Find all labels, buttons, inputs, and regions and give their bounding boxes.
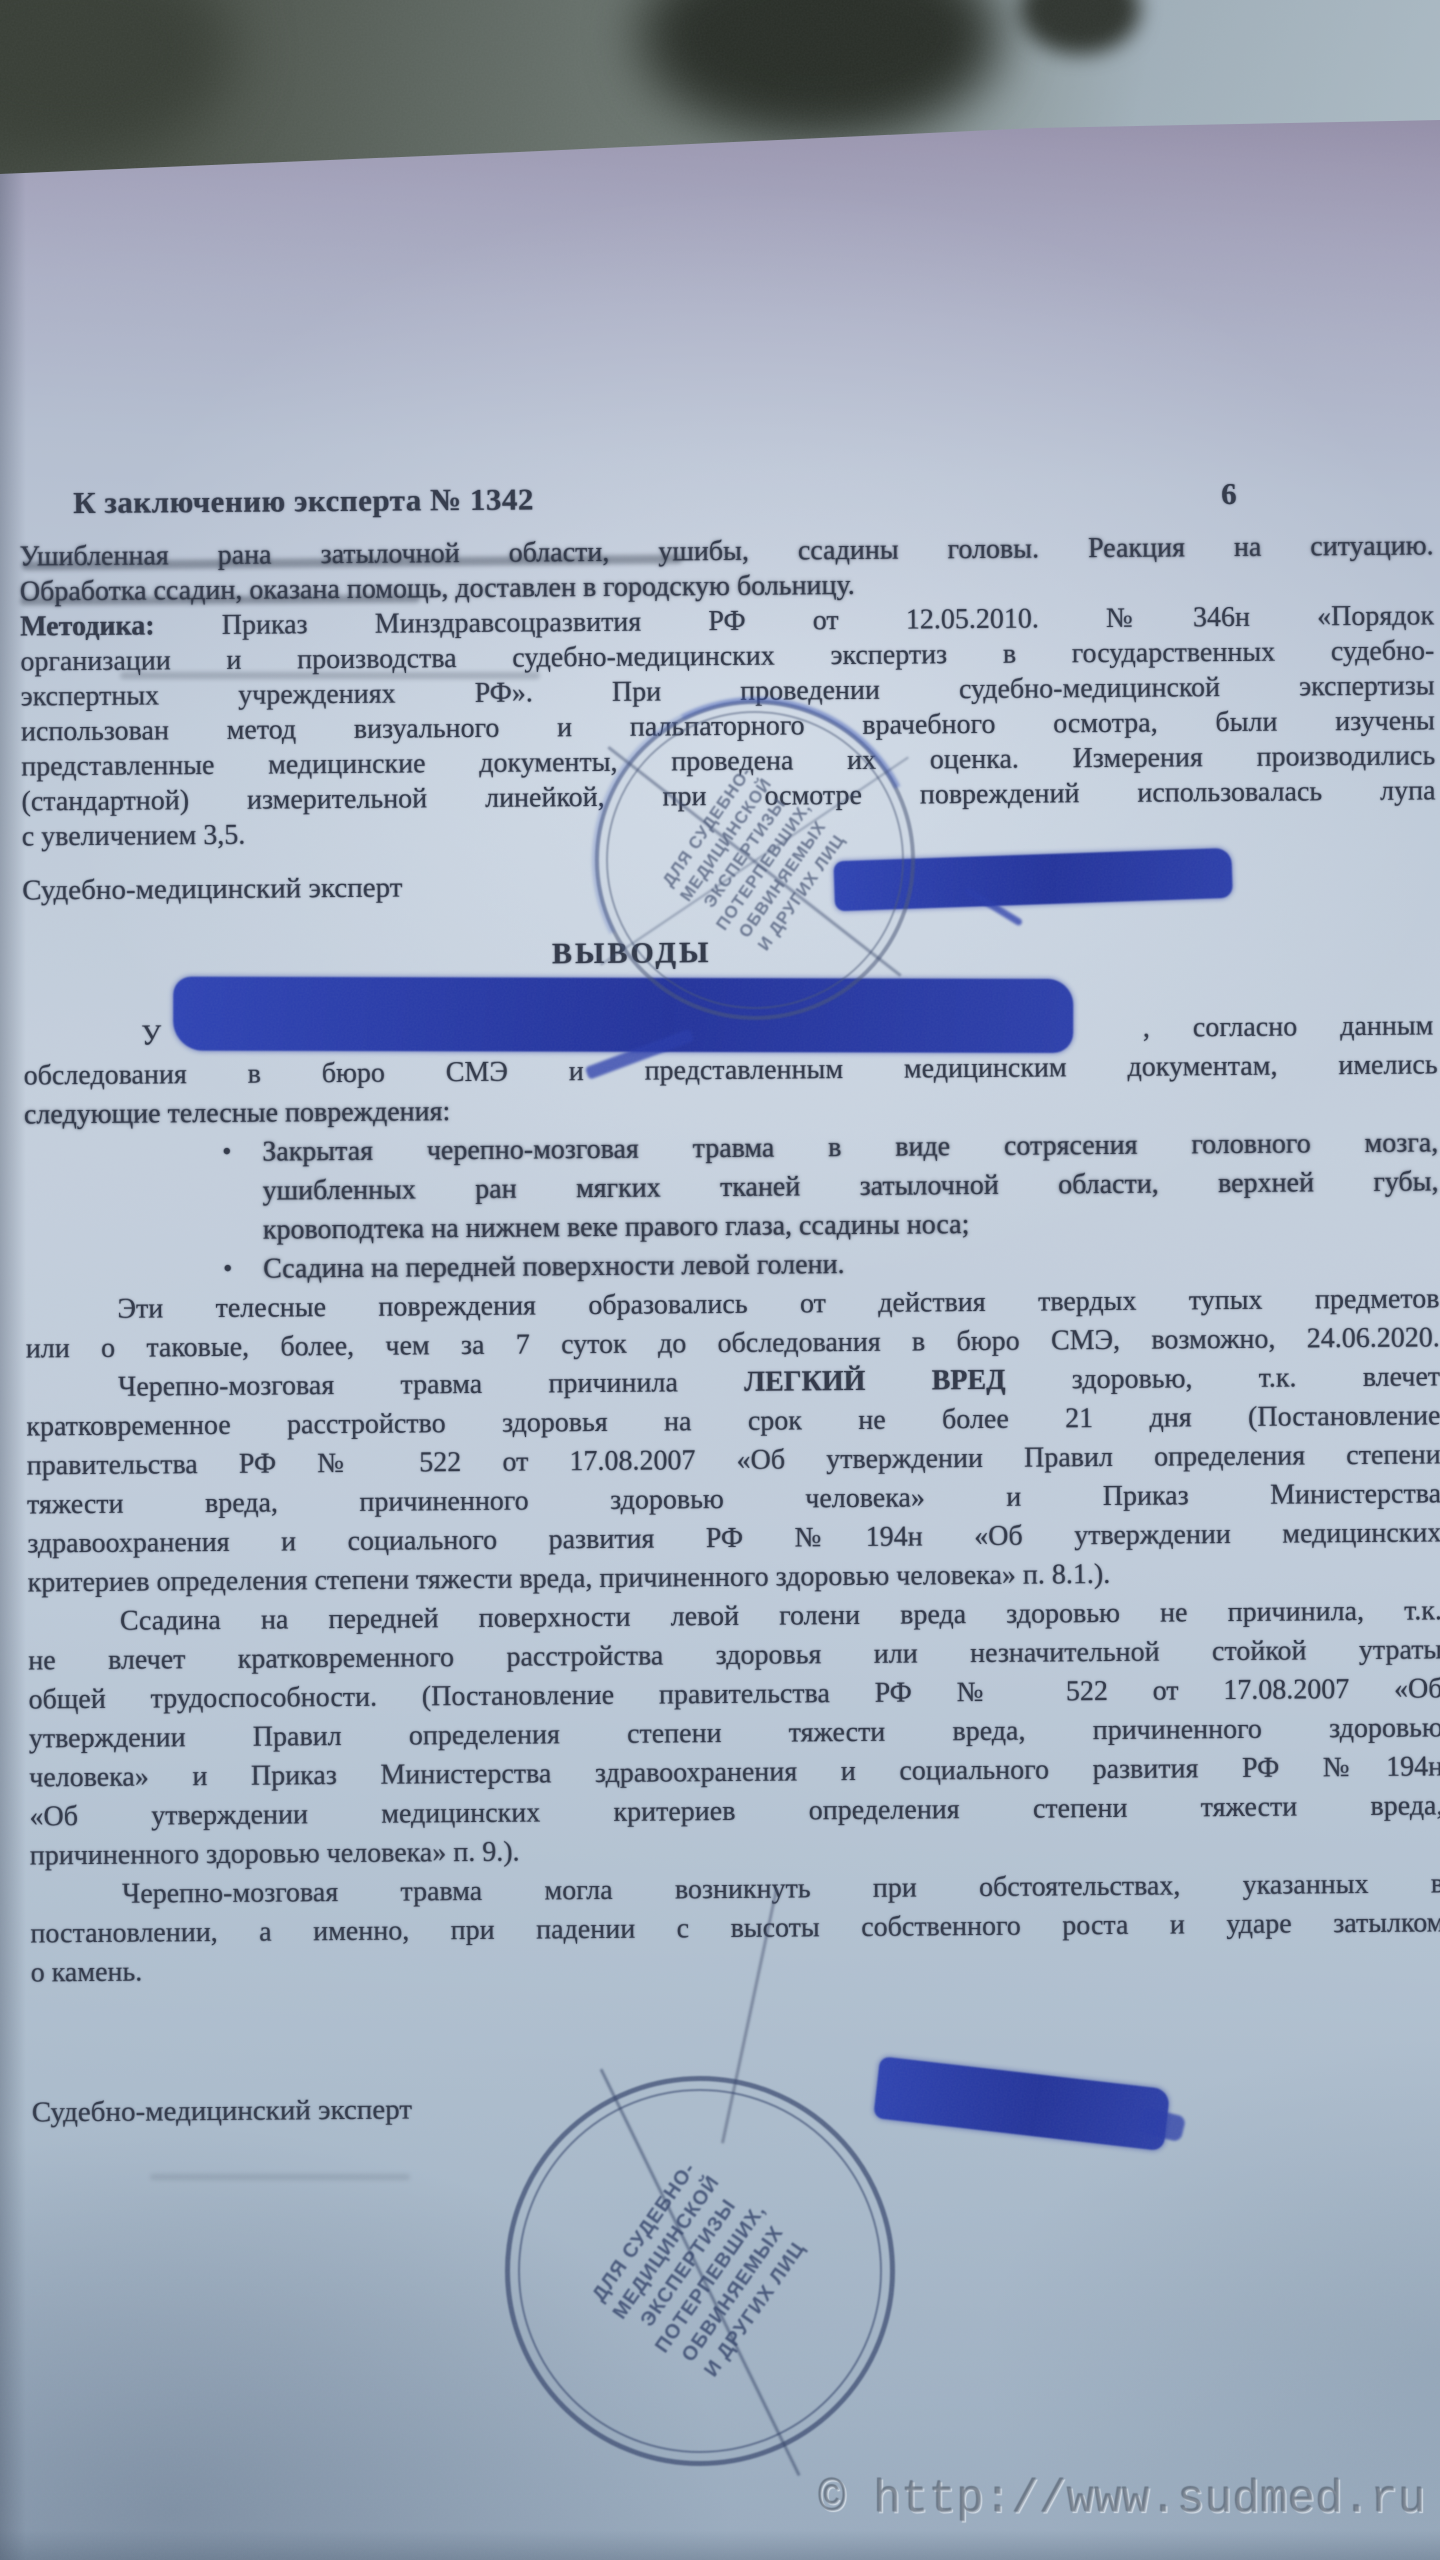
text-segment: У [141, 1016, 161, 1055]
text-segment: , согласно данным [1143, 1006, 1434, 1047]
bullet-marker: • [222, 1137, 231, 1167]
injury-bullet-1: • Закрытая черепно-мозговая травма в вид… [24, 1123, 1439, 1251]
background-dark-object [640, 0, 1000, 140]
paper-shadow-bottom [0, 2530, 1440, 2560]
page-header: К заключению эксперта № 1342 6 [19, 474, 1433, 521]
text-segment: Черепно-мозговая травма причинила [118, 1367, 744, 1403]
round-stamp-2: ДЛЯ СУДЕБНО- МЕДИЦИНСКОЙ ЭКСПЕРТИЗЫ ПОТЕ… [505, 2076, 895, 2466]
harm-grade-emphasis: ЛЕГКИЙ ВРЕД [744, 1365, 1005, 1398]
blue-marker-redaction-signature-2 [873, 2056, 1170, 2151]
expert-label: Судебно-медицинский эксперт [22, 872, 402, 907]
ink-smear [150, 2174, 410, 2180]
site-watermark: © http://www.sudmed.ru [819, 2474, 1426, 2526]
text-segment: здоровью, т.к. влечет [1005, 1361, 1440, 1395]
document-title: К заключению эксперта № 1342 [73, 481, 534, 521]
photo-of-forensic-report-page: К заключению эксперта № 1342 6 Ушибленна… [0, 0, 1440, 2560]
methodika-label: Методика: [20, 610, 155, 642]
page-number: 6 [1221, 476, 1237, 512]
expert-label: Судебно-медицинский эксперт [32, 2093, 412, 2128]
bullet-marker: • [223, 1254, 232, 1284]
background-shadow [0, 0, 230, 160]
conclusions-section: У , согласно данным обследования в бюро … [23, 967, 1440, 2132]
background-dark-object [1020, 0, 1140, 54]
round-stamp-1: ДЛЯ СУДЕБНО- МЕДИЦИНСКОЙ ЭКСПЕРТИЗЫ ПОТЕ… [595, 700, 915, 1020]
blue-marker-redaction-name [173, 977, 1073, 1053]
document-page: К заключению эксперта № 1342 6 Ушибленна… [0, 96, 1440, 2560]
ink-smear [120, 672, 540, 679]
